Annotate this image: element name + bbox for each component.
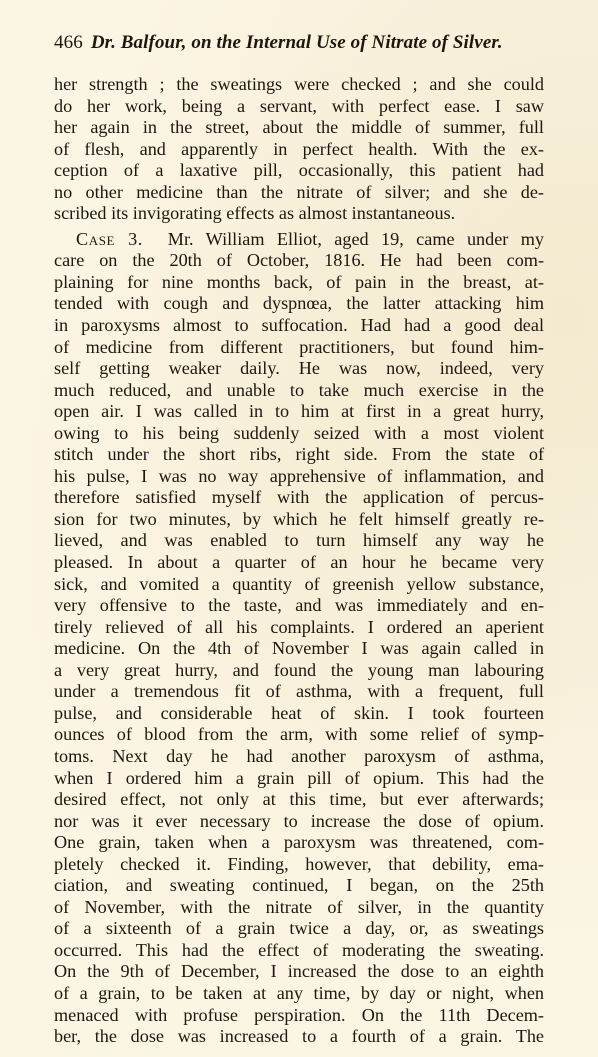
text-line: On the 9th of December, I increased the … xyxy=(54,961,544,983)
text-line: stitch under the short ribs, right side.… xyxy=(54,444,544,466)
text-line: her again in the street, about the middl… xyxy=(54,117,544,139)
text-line: ounces of blood from the arm, with some … xyxy=(54,724,544,746)
case-first-line-text: Mr. William Elliot, aged 19, came under … xyxy=(168,229,544,249)
text-line: nor was it ever necessary to increase th… xyxy=(54,811,544,833)
text-line: occurred. This had the effect of moderat… xyxy=(54,940,544,962)
text-line-first: Case 3. Mr. William Elliot, aged 19, cam… xyxy=(54,229,544,251)
text-line: therefore satisfied myself with the appl… xyxy=(54,487,544,509)
text-line: ception of a laxative pill, occasionally… xyxy=(54,160,544,182)
text-line: much reduced, and unable to take much ex… xyxy=(54,380,544,402)
text-line: sion for two minutes, by which he felt h… xyxy=(54,509,544,531)
text-line: in paroxysms almost to suffocation. Had … xyxy=(54,315,544,337)
text-line: no other medicine than the nitrate of si… xyxy=(54,182,544,204)
text-line: menaced with profuse perspiration. On th… xyxy=(54,1005,544,1027)
body-text: her strength ; the sweatings were checke… xyxy=(54,74,544,1048)
running-head: 466 Dr. Balfour, on the Internal Use of … xyxy=(54,32,544,60)
text-line: One grain, taken when a paroxysm was thr… xyxy=(54,832,544,854)
text-line: under a tremendous fit of asthma, with a… xyxy=(54,681,544,703)
text-line: owing to his being suddenly seized with … xyxy=(54,423,544,445)
text-line: when I ordered him a grain pill of opium… xyxy=(54,768,544,790)
text-line: pleased. In about a quarter of an hour h… xyxy=(54,552,544,574)
text-line: do her work, being a servant, with perfe… xyxy=(54,96,544,118)
text-line: toms. Next day he had another paroxysm o… xyxy=(54,746,544,768)
case-label: Case 3. xyxy=(76,229,143,249)
text-line: his pulse, I was no way apprehensive of … xyxy=(54,466,544,488)
text-line: tirely relieved of all his complaints. I… xyxy=(54,617,544,639)
page-number: 466 xyxy=(54,32,83,54)
text-line: ber, the dose was increased to a fourth … xyxy=(54,1026,544,1048)
paragraph-1: her strength ; the sweatings were checke… xyxy=(54,74,544,225)
text-line: self getting weaker daily. He was now, i… xyxy=(54,358,544,380)
text-line: care on the 20th of October, 1816. He ha… xyxy=(54,250,544,272)
book-page: 466 Dr. Balfour, on the Internal Use of … xyxy=(54,32,544,1048)
text-line: of November, with the nitrate of silver,… xyxy=(54,897,544,919)
text-line: lieved, and was enabled to turn himself … xyxy=(54,530,544,552)
text-line: of a sixteenth of a grain twice a day, o… xyxy=(54,918,544,940)
text-line: open air. I was called in to him at firs… xyxy=(54,401,544,423)
text-line: medicine. On the 4th of November I was a… xyxy=(54,638,544,660)
text-line: ciation, and sweating continued, I began… xyxy=(54,875,544,897)
text-line: plaining for nine months back, of pain i… xyxy=(54,272,544,294)
text-line: pletely checked it. Finding, however, th… xyxy=(54,854,544,876)
text-line: very offensive to the taste, and was imm… xyxy=(54,595,544,617)
text-line: a very great hurry, and found the young … xyxy=(54,660,544,682)
text-line: scribed its invigorating effects as almo… xyxy=(54,203,544,225)
text-line: of medicine from different practitioners… xyxy=(54,337,544,359)
text-line: of a grain, to be taken at any time, by … xyxy=(54,983,544,1005)
text-line: her strength ; the sweatings were checke… xyxy=(54,74,544,96)
text-line: desired effect, not only at this time, b… xyxy=(54,789,544,811)
text-line: tended with cough and dyspnœa, the latte… xyxy=(54,293,544,315)
text-line: sick, and vomited a quantity of greenish… xyxy=(54,574,544,596)
text-line: pulse, and considerable heat of skin. I … xyxy=(54,703,544,725)
text-line: of flesh, and apparently in perfect heal… xyxy=(54,139,544,161)
paragraph-case-3: Case 3. Mr. William Elliot, aged 19, cam… xyxy=(54,229,544,1048)
running-title: Dr. Balfour, on the Internal Use of Nitr… xyxy=(91,32,503,54)
